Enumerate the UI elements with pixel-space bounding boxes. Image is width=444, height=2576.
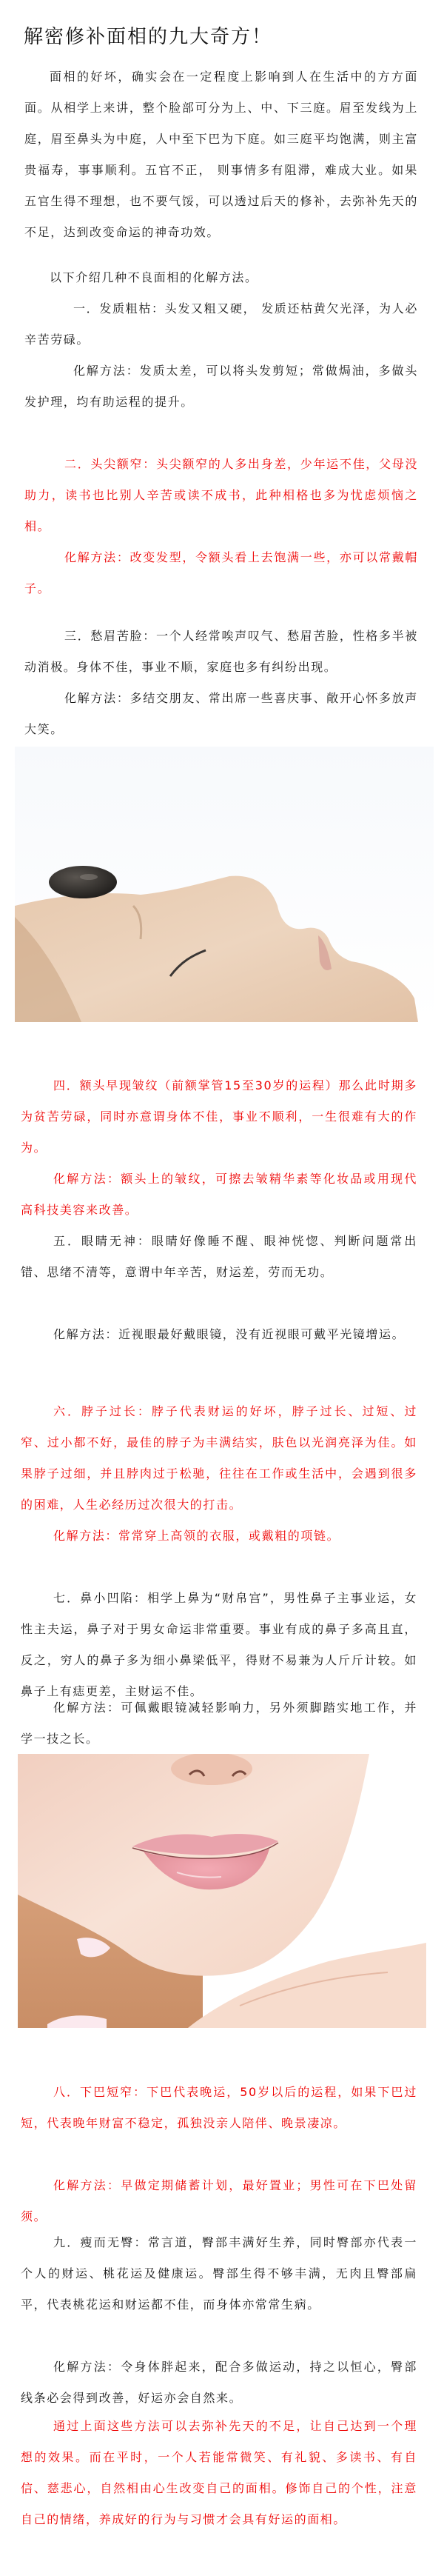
section-4-description: 四．额头早现皱纹（前额掌管15至30岁的运程）那么此时期多为贫苦劳碌，同时亦意谓… xyxy=(21,1070,417,1164)
lead-paragraph: 以下介绍几种不良面相的化解方法。 xyxy=(24,262,418,293)
lips-chin-image xyxy=(18,1754,426,2028)
face-hot-stone-image xyxy=(15,747,434,1022)
section-1-remedy: 化解方法：发质太差，可以将头发剪短；常做焗油，多做头发护理，均有助运程的提升。 xyxy=(24,356,418,418)
section-2-description: 二．头尖额窄：头尖额窄的人多出身差，少年运不佳，父母没助力，读书也比别人辛苦或读… xyxy=(24,449,418,542)
section-4-remedy: 化解方法：额头上的皱纹，可擦去皱精华素等化妆品或用现代高科技美容来改善。 xyxy=(21,1164,417,1226)
lips-chin-photo xyxy=(18,1754,426,2028)
section-3-description: 三．愁眉苦脸：一个人经常唉声叹气、愁眉苦脸，性格多半被动消极。身体不佳，事业不顺… xyxy=(24,621,418,683)
section-8-remedy: 化解方法：早做定期储蓄计划，最好置业；男性可在下巴处留须。 xyxy=(21,2170,417,2232)
section-5-description: 五．眼睛无神：眼睛好像睡不醒、眼神恍惚、判断问题常出错、思绪不清等，意谓中年辛苦… xyxy=(21,1226,417,1288)
section-5-remedy: 化解方法：近视眼最好戴眼镜，没有近视眼可戴平光镜增运。 xyxy=(21,1319,417,1350)
section-9-remedy: 化解方法：令身体胖起来，配合多做运动，持之以恒心，臀部线条必会得到改善，好运亦会… xyxy=(21,2352,417,2414)
section-7-remedy: 化解方法：可佩戴眼镜减轻影响力，另外须脚踏实地工作，并学一技之长。 xyxy=(21,1692,417,1755)
conclusion-paragraph: 通过上面这些方法可以去弥补先天的不足，让自己达到一个理想的效果。而在平时，一个人… xyxy=(21,2411,417,2535)
section-6-description: 六．脖子过长：脖子代表财运的好坏，脖子过长、过短、过窄、过小都不好，最佳的脖子为… xyxy=(21,1396,417,1521)
section-9-description: 九．瘦而无臀：常言道，臀部丰满好生养，同时臀部亦代表一个人的财运、桃花运及健康运… xyxy=(21,2227,417,2320)
section-8-description: 八．下巴短窄：下巴代表晚运，50岁以后的运程，如果下巴过短，代表晚年财富不稳定，… xyxy=(21,2077,417,2139)
section-3-remedy: 化解方法：多结交朋友、常出席一些喜庆事、敞开心怀多放声大笑。 xyxy=(24,683,418,745)
section-2-remedy: 化解方法：改变发型，令额头看上去饱满一些，亦可以常戴帽子。 xyxy=(24,542,418,604)
section-1-description: 一．发质粗枯：头发又粗又硬， 发质还枯黄欠光泽，为人必辛苦劳碌。 xyxy=(24,293,418,356)
section-7-description: 七．鼻小凹陷：相学上鼻为“财帛宫”，男性鼻子主事业运，女性主夫运，鼻子对于男女命… xyxy=(21,1583,417,1707)
section-6-remedy: 化解方法：常常穿上高领的衣服，或戴粗的项链。 xyxy=(21,1521,417,1552)
article-title: 解密修补面相的九大奇方！ xyxy=(24,21,272,49)
intro-paragraph: 面相的好坏，确实会在一定程度上影响到人在生活中的方方面面。从相学上来讲，整个脸部… xyxy=(24,61,418,248)
face-hot-stone-photo xyxy=(15,747,434,1022)
